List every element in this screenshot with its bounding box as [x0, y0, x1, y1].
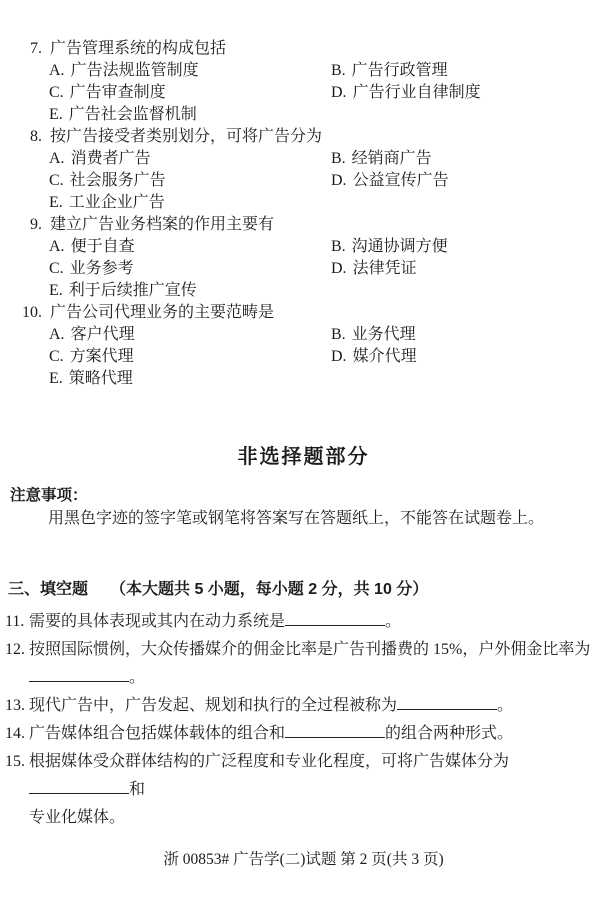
question-text: 建立广告业务档案的作用主要有 — [42, 214, 274, 236]
fill-heading-title: 三、填空题 — [8, 581, 88, 598]
fill-item-text: 根据媒体受众群体结构的广泛程度和专业化程度，可将广告媒体分为 — [29, 753, 509, 770]
option: A.客户代理 — [49, 324, 331, 346]
option-text: 业务参考 — [70, 260, 134, 277]
multiple-choice-section: 7.广告管理系统的构成包括A.广告法规监管制度B.广告行政管理C.广告审查制度D… — [0, 38, 607, 390]
option-label: B. — [331, 326, 346, 343]
option: C.广告审查制度 — [49, 82, 331, 104]
option: E.策略代理 — [49, 368, 331, 390]
fill-item: 15.根据媒体受众群体结构的广泛程度和专业化程度，可将广告媒体分为和专业化媒体。 — [0, 748, 593, 832]
option-label: D. — [331, 348, 347, 365]
option: B.广告行政管理 — [331, 60, 607, 82]
option-text: 消费者广告 — [71, 150, 151, 167]
option-label: B. — [331, 150, 346, 167]
fill-item-number: 12. — [5, 636, 25, 664]
question-number: 8. — [0, 126, 42, 148]
exam-paper-page: 7.广告管理系统的构成包括A.广告法规监管制度B.广告行政管理C.广告审查制度D… — [0, 0, 607, 897]
option-text: 利于后续推广宣传 — [69, 282, 197, 299]
option: A.消费者广告 — [49, 148, 331, 170]
option-row: E.利于后续推广宣传 — [49, 280, 607, 302]
option: E.工业企业广告 — [49, 192, 331, 214]
option: E.广告社会监督机制 — [49, 104, 331, 126]
option-text: 广告法规监管制度 — [71, 62, 199, 79]
option-row: A.客户代理B.业务代理 — [49, 324, 607, 346]
fill-item-text: 。 — [497, 697, 513, 714]
fill-item-text: 广告媒体组合包括媒体载体的组合和 — [29, 725, 285, 742]
option-label: C. — [49, 348, 64, 365]
option-text: 广告社会监督机制 — [69, 106, 197, 123]
notice-text: 用黑色字迹的签字笔或钢笔将答案写在答题纸上，不能答在试题卷上。 — [10, 507, 597, 531]
option-label: E. — [49, 106, 63, 123]
question-row: 7.广告管理系统的构成包括 — [0, 38, 607, 60]
fill-item-text: 和 — [129, 781, 145, 798]
option-row: C.广告审查制度D.广告行业自律制度 — [49, 82, 607, 104]
option-row: C.社会服务广告D.公益宣传广告 — [49, 170, 607, 192]
fill-section-heading: 三、填空题（本大题共 5 小题，每小题 2 分，共 10 分） — [8, 578, 428, 602]
fill-blank-line — [285, 722, 385, 738]
option-text: 媒介代理 — [353, 348, 417, 365]
fill-item: 14.广告媒体组合包括媒体载体的组合和的组合两种形式。 — [0, 720, 593, 748]
option-label: C. — [49, 172, 64, 189]
option-text: 策略代理 — [69, 370, 133, 387]
fill-item-number: 14. — [5, 720, 25, 748]
fill-in-blank-items: 11.需要的具体表现或其内在动力系统是。12.按照国际惯例，大众传播媒介的佣金比… — [0, 608, 593, 832]
question-row: 10.广告公司代理业务的主要范畴是 — [0, 302, 607, 324]
fill-blank-line — [29, 666, 129, 682]
option: E.利于后续推广宣传 — [49, 280, 331, 302]
question-text: 广告管理系统的构成包括 — [42, 38, 226, 60]
notice-label: 注意事项： — [10, 484, 597, 507]
option: B.业务代理 — [331, 324, 607, 346]
fill-item-text: 专业化媒体。 — [29, 809, 125, 826]
option: B.经销商广告 — [331, 148, 607, 170]
option: C.业务参考 — [49, 258, 331, 280]
fill-item-text: 。 — [129, 669, 145, 686]
fill-item: 12.按照国际惯例，大众传播媒介的佣金比率是广告刊播费的 15%，户外佣金比率为… — [0, 636, 593, 692]
fill-item: 11.需要的具体表现或其内在动力系统是。 — [0, 608, 593, 636]
option-label: D. — [331, 260, 347, 277]
option-row: A.便于自查B.沟通协调方便 — [49, 236, 607, 258]
option-text: 经销商广告 — [352, 150, 432, 167]
option-label: D. — [331, 172, 347, 189]
option-rows: A.消费者广告B.经销商广告C.社会服务广告D.公益宣传广告E.工业企业广告 — [49, 148, 607, 214]
option-label: A. — [49, 238, 65, 255]
option-row: C.方案代理D.媒介代理 — [49, 346, 607, 368]
question-number: 7. — [0, 38, 42, 60]
option-row: A.广告法规监管制度B.广告行政管理 — [49, 60, 607, 82]
option-text: 社会服务广告 — [70, 172, 166, 189]
page-footer: 浙 00853# 广告学(二)试题 第 2 页(共 3 页) — [0, 849, 607, 871]
option: D.媒介代理 — [331, 346, 607, 368]
option-text: 便于自查 — [71, 238, 135, 255]
question-text: 按广告接受者类别划分，可将广告分为 — [42, 126, 322, 148]
notice-block: 注意事项： 用黑色字迹的签字笔或钢笔将答案写在答题纸上，不能答在试题卷上。 — [10, 484, 597, 531]
fill-item-number: 13. — [5, 692, 25, 720]
option-label: B. — [331, 62, 346, 79]
option: A.便于自查 — [49, 236, 331, 258]
option-label: E. — [49, 370, 63, 387]
option-label: C. — [49, 84, 64, 101]
fill-item-text: 的组合两种形式。 — [385, 725, 513, 742]
option-label: A. — [49, 150, 65, 167]
option-rows: A.广告法规监管制度B.广告行政管理C.广告审查制度D.广告行业自律制度E.广告… — [49, 60, 607, 126]
fill-heading-note: （本大题共 5 小题，每小题 2 分，共 10 分） — [110, 581, 428, 598]
option: D.广告行业自律制度 — [331, 82, 607, 104]
option-row: E.工业企业广告 — [49, 192, 607, 214]
question-row: 8.按广告接受者类别划分，可将广告分为 — [0, 126, 607, 148]
fill-item-text: 需要的具体表现或其内在动力系统是 — [29, 613, 285, 630]
option-text: 广告审查制度 — [70, 84, 166, 101]
option-row: E.策略代理 — [49, 368, 607, 390]
option: B.沟通协调方便 — [331, 236, 607, 258]
option-row: A.消费者广告B.经销商广告 — [49, 148, 607, 170]
question-row: 9.建立广告业务档案的作用主要有 — [0, 214, 607, 236]
fill-blank-line — [29, 778, 129, 794]
fill-item-text: 现代广告中，广告发起、规划和执行的全过程被称为 — [29, 697, 397, 714]
option-text: 客户代理 — [71, 326, 135, 343]
option-label: A. — [49, 326, 65, 343]
option-text: 法律凭证 — [353, 260, 417, 277]
question-number: 9. — [0, 214, 42, 236]
option-text: 业务代理 — [352, 326, 416, 343]
option-text: 广告行政管理 — [352, 62, 448, 79]
option-text: 广告行业自律制度 — [353, 84, 481, 101]
option-label: D. — [331, 84, 347, 101]
fill-item: 13.现代广告中，广告发起、规划和执行的全过程被称为。 — [0, 692, 593, 720]
option-text: 方案代理 — [70, 348, 134, 365]
question-text: 广告公司代理业务的主要范畴是 — [42, 302, 274, 324]
fill-item-number: 11. — [5, 608, 24, 636]
option: D.公益宣传广告 — [331, 170, 607, 192]
option-label: C. — [49, 260, 64, 277]
option-row: C.业务参考D.法律凭证 — [49, 258, 607, 280]
fill-blank-line — [285, 610, 385, 626]
section-title: 非选择题部分 — [0, 444, 607, 470]
option-label: B. — [331, 238, 346, 255]
fill-item-text: 按照国际惯例，大众传播媒介的佣金比率是广告刊播费的 15%，户外佣金比率为 — [29, 641, 590, 658]
option-text: 沟通协调方便 — [352, 238, 448, 255]
fill-item-text: 。 — [385, 613, 401, 630]
option-rows: A.便于自查B.沟通协调方便C.业务参考D.法律凭证E.利于后续推广宣传 — [49, 236, 607, 302]
option-label: A. — [49, 62, 65, 79]
fill-blank-line — [397, 694, 497, 710]
option: C.方案代理 — [49, 346, 331, 368]
option: A.广告法规监管制度 — [49, 60, 331, 82]
option: C.社会服务广告 — [49, 170, 331, 192]
option-text: 公益宣传广告 — [353, 172, 449, 189]
option-text: 工业企业广告 — [69, 194, 165, 211]
option-row: E.广告社会监督机制 — [49, 104, 607, 126]
option-label: E. — [49, 194, 63, 211]
option-rows: A.客户代理B.业务代理C.方案代理D.媒介代理E.策略代理 — [49, 324, 607, 390]
fill-item-number: 15. — [5, 748, 25, 776]
option-label: E. — [49, 282, 63, 299]
question-number: 10. — [0, 302, 42, 324]
option: D.法律凭证 — [331, 258, 607, 280]
